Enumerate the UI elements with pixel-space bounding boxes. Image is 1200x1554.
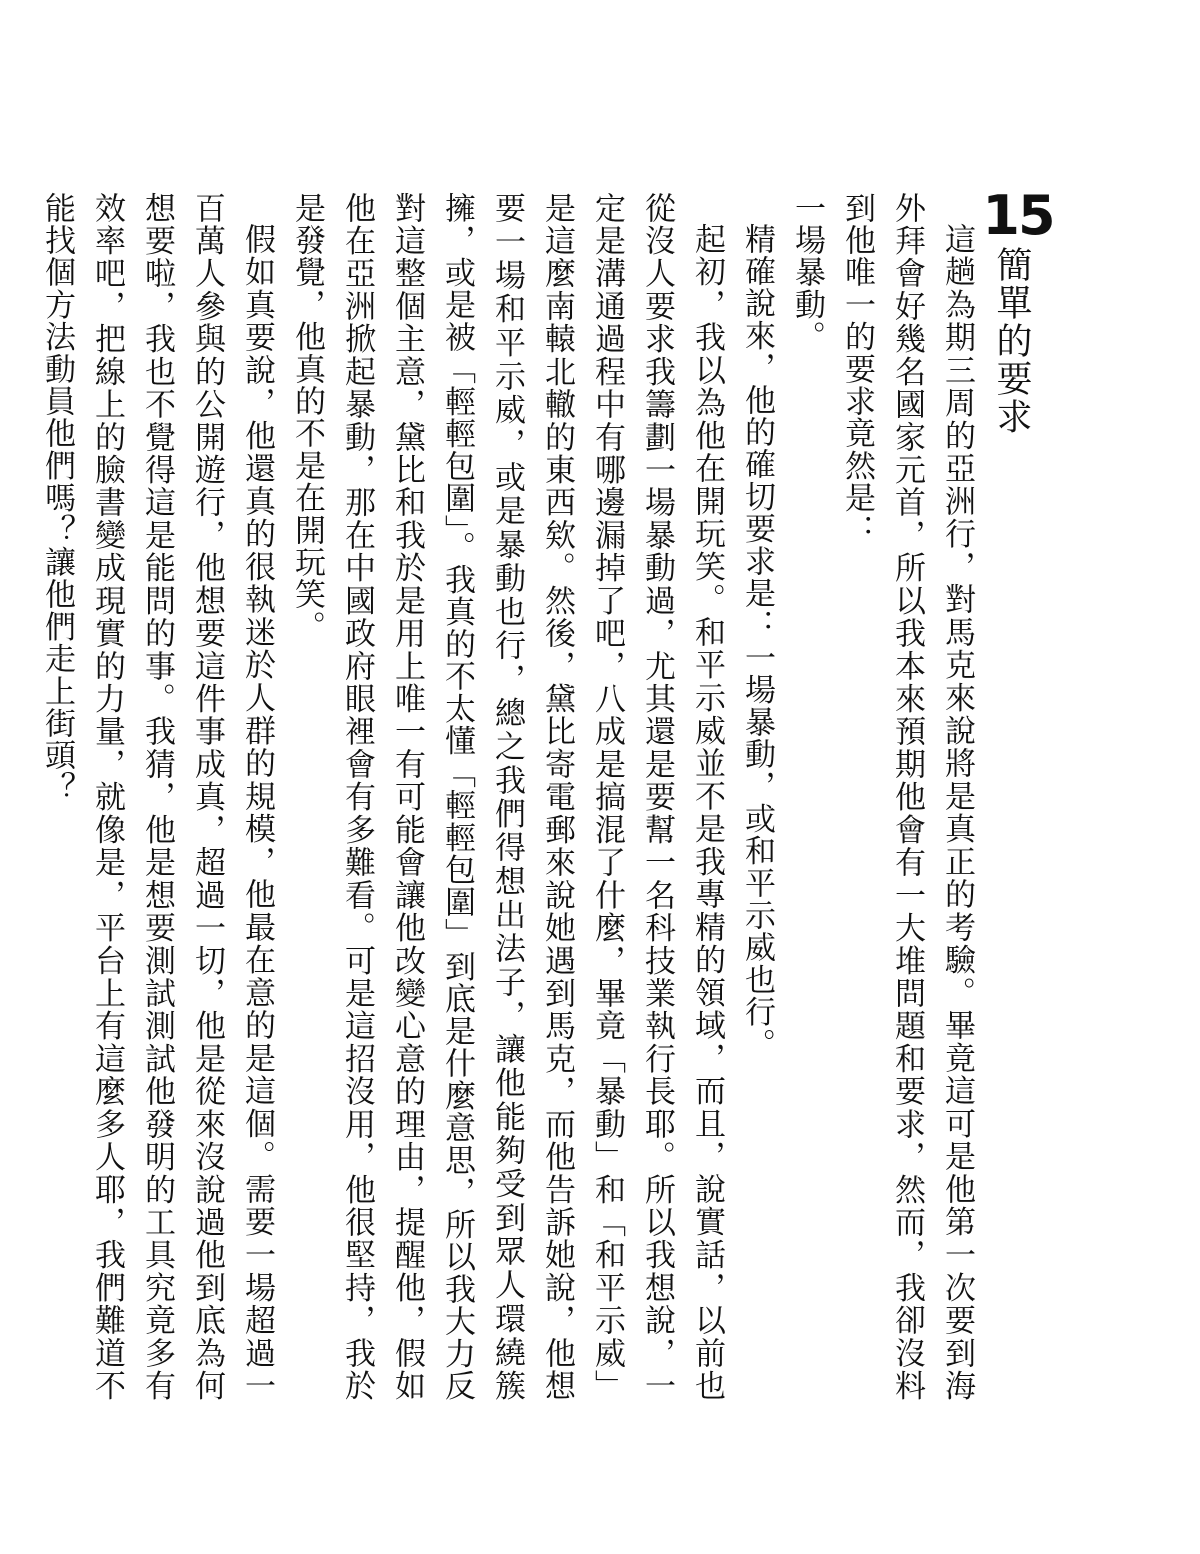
paragraph: 這趟為期三周的亞洲行，對馬克來說將是真正的考驗。畢竟這可是他第一次要到海外拜會好…	[832, 192, 982, 1402]
paragraph: 起初，我以為他在開玩笑。和平示威並不是我專精的領域，而且，說實話，以前也從沒人要…	[282, 192, 732, 1402]
chapter-title: 簡單的要求	[986, 246, 1036, 436]
paragraph: 假如真要說，他還真的很執迷於人群的規模，他最在意的是這個。需要一場超過一百萬人參…	[32, 192, 282, 1402]
chapter-number: 15	[978, 186, 1058, 246]
book-page: 15 簡單的要求 這趟為期三周的亞洲行，對馬克來說將是真正的考驗。畢竟這可是他第…	[0, 0, 1200, 1554]
paragraph: 一場暴動。	[782, 192, 832, 1402]
paragraph: 精確說來，他的確切要求是：一場暴動，或和平示威也行。	[732, 192, 782, 1402]
body-text: 這趟為期三周的亞洲行，對馬克來說將是真正的考驗。畢竟這可是他第一次要到海外拜會好…	[32, 192, 982, 1402]
